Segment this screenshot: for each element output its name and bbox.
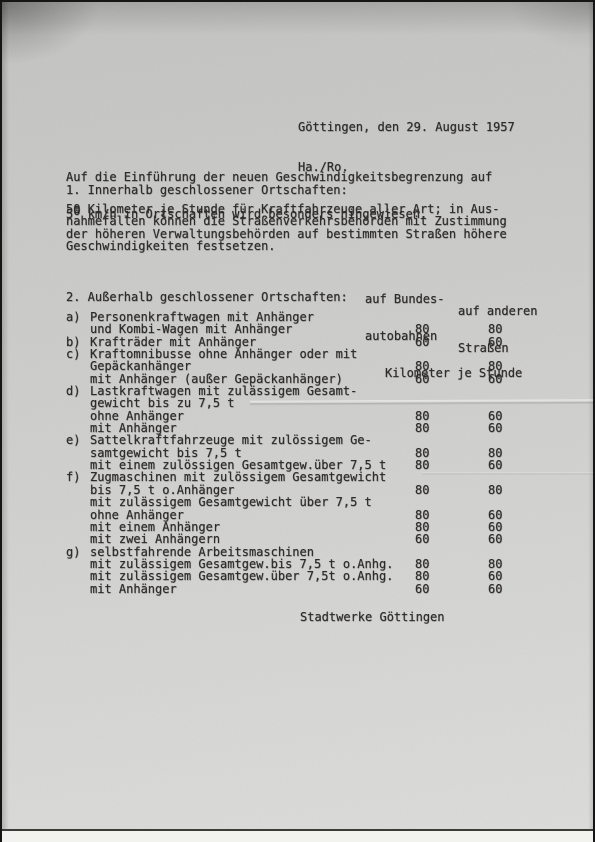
section1-heading: 1. Innerhalb geschlossener Ortschaften:: [66, 184, 348, 196]
row-label: und Kombi-Wagen mit Anhänger: [90, 323, 292, 335]
row-label: gewicht bis zu 7,5 t: [90, 397, 235, 409]
value-bundesautobahn: 60: [415, 583, 429, 595]
row-label: Sattelkraftfahrzeuge mit zulössigem Ge-: [90, 434, 372, 446]
table-row: mit Anhänger6060: [66, 583, 586, 595]
value-andere-strassen: 60: [488, 422, 502, 434]
value-andere-strassen: 60: [488, 373, 502, 385]
value-andere-strassen: 60: [488, 509, 502, 521]
row-letter: e): [66, 434, 80, 446]
row-letter: f): [66, 471, 80, 483]
paper-bottom-edge: [2, 829, 593, 842]
row-letter: c): [66, 348, 80, 360]
value-bundesautobahn: 80: [415, 323, 429, 335]
value-andere-strassen: 80: [488, 360, 502, 372]
paragraph-line: Geschwindigkeiten festsetzen.: [66, 240, 507, 252]
value-bundesautobahn: 80: [415, 422, 429, 434]
table-row: und Kombi-Wagen mit Anhänger8080: [66, 323, 586, 335]
row-label: mit zwei Anhängern: [90, 533, 220, 545]
speed-limit-table: a)Personenkraftwagen mit Anhängerund Kom…: [66, 311, 586, 595]
value-bundesautobahn: 80: [415, 509, 429, 521]
value-andere-strassen: 80: [488, 323, 502, 335]
table-row: gewicht bis zu 7,5 t: [66, 397, 586, 409]
value-bundesautobahn: 60: [415, 336, 429, 348]
table-row: e)Sattelkraftfahrzeuge mit zulössigem Ge…: [66, 434, 586, 446]
row-letter: d): [66, 385, 80, 397]
table-row: mit zwei Anhängern6060: [66, 533, 586, 545]
section2-heading: 2. Außerhalb geschlossener Ortschaften:: [66, 291, 348, 303]
table-row: ohne Anhänger8060: [66, 509, 586, 521]
value-bundesautobahn: 60: [415, 533, 429, 545]
table-row: mit zulässigem Gesamtgew.über 7,5t o.Anh…: [66, 570, 586, 582]
value-bundesautobahn: 80: [415, 484, 429, 496]
value-andere-strassen: 60: [488, 459, 502, 471]
value-andere-strassen: 60: [488, 336, 502, 348]
section1-paragraph: 50 Kilometer je Stunde für Kraftfahrzeug…: [66, 203, 507, 252]
paragraph-line: nahmefällen können die Straßenverkehrsbe…: [66, 215, 507, 227]
document-page: Göttingen, den 29. August 1957 Ha./Ro. A…: [2, 2, 593, 829]
row-label: mit zulässigem Gesamtgewicht über 7,5 t: [90, 496, 372, 508]
value-andere-strassen: 60: [488, 583, 502, 595]
value-bundesautobahn: 60: [415, 373, 429, 385]
value-bundesautobahn: 80: [415, 570, 429, 582]
scan-frame: Göttingen, den 29. August 1957 Ha./Ro. A…: [0, 0, 595, 842]
row-label: Zugmaschinen mit zulössigem Gesamtgewich…: [90, 471, 386, 483]
intro-line-1: Auf die Einführung der neuen Geschwindig…: [66, 171, 492, 183]
value-andere-strassen: 60: [488, 570, 502, 582]
table-row: mit zulässigem Gesamtgewicht über 7,5 t: [66, 496, 586, 508]
date-line: Göttingen, den 29. August 1957: [298, 121, 515, 134]
table-row: f)Zugmaschinen mit zulössigem Gesamtgewi…: [66, 471, 586, 483]
row-label: mit zulässigem Gesamtgew.über 7,5t o.Anh…: [90, 570, 393, 582]
row-letter: a): [66, 311, 80, 323]
value-andere-strassen: 60: [488, 533, 502, 545]
table-row: Gepäckanhänger8080: [66, 360, 586, 372]
row-label: ohne Anhänger: [90, 509, 184, 521]
column-header-autobahn-1: auf Bundes-: [365, 293, 444, 305]
row-label: mit Anhänger: [90, 583, 177, 595]
value-bundesautobahn: 80: [415, 459, 429, 471]
value-bundesautobahn: 80: [415, 360, 429, 372]
row-label: Gepäckanhänger: [90, 360, 191, 372]
signature: Stadtwerke Göttingen: [300, 611, 445, 623]
value-andere-strassen: 80: [488, 484, 502, 496]
row-letter: g): [66, 546, 80, 558]
